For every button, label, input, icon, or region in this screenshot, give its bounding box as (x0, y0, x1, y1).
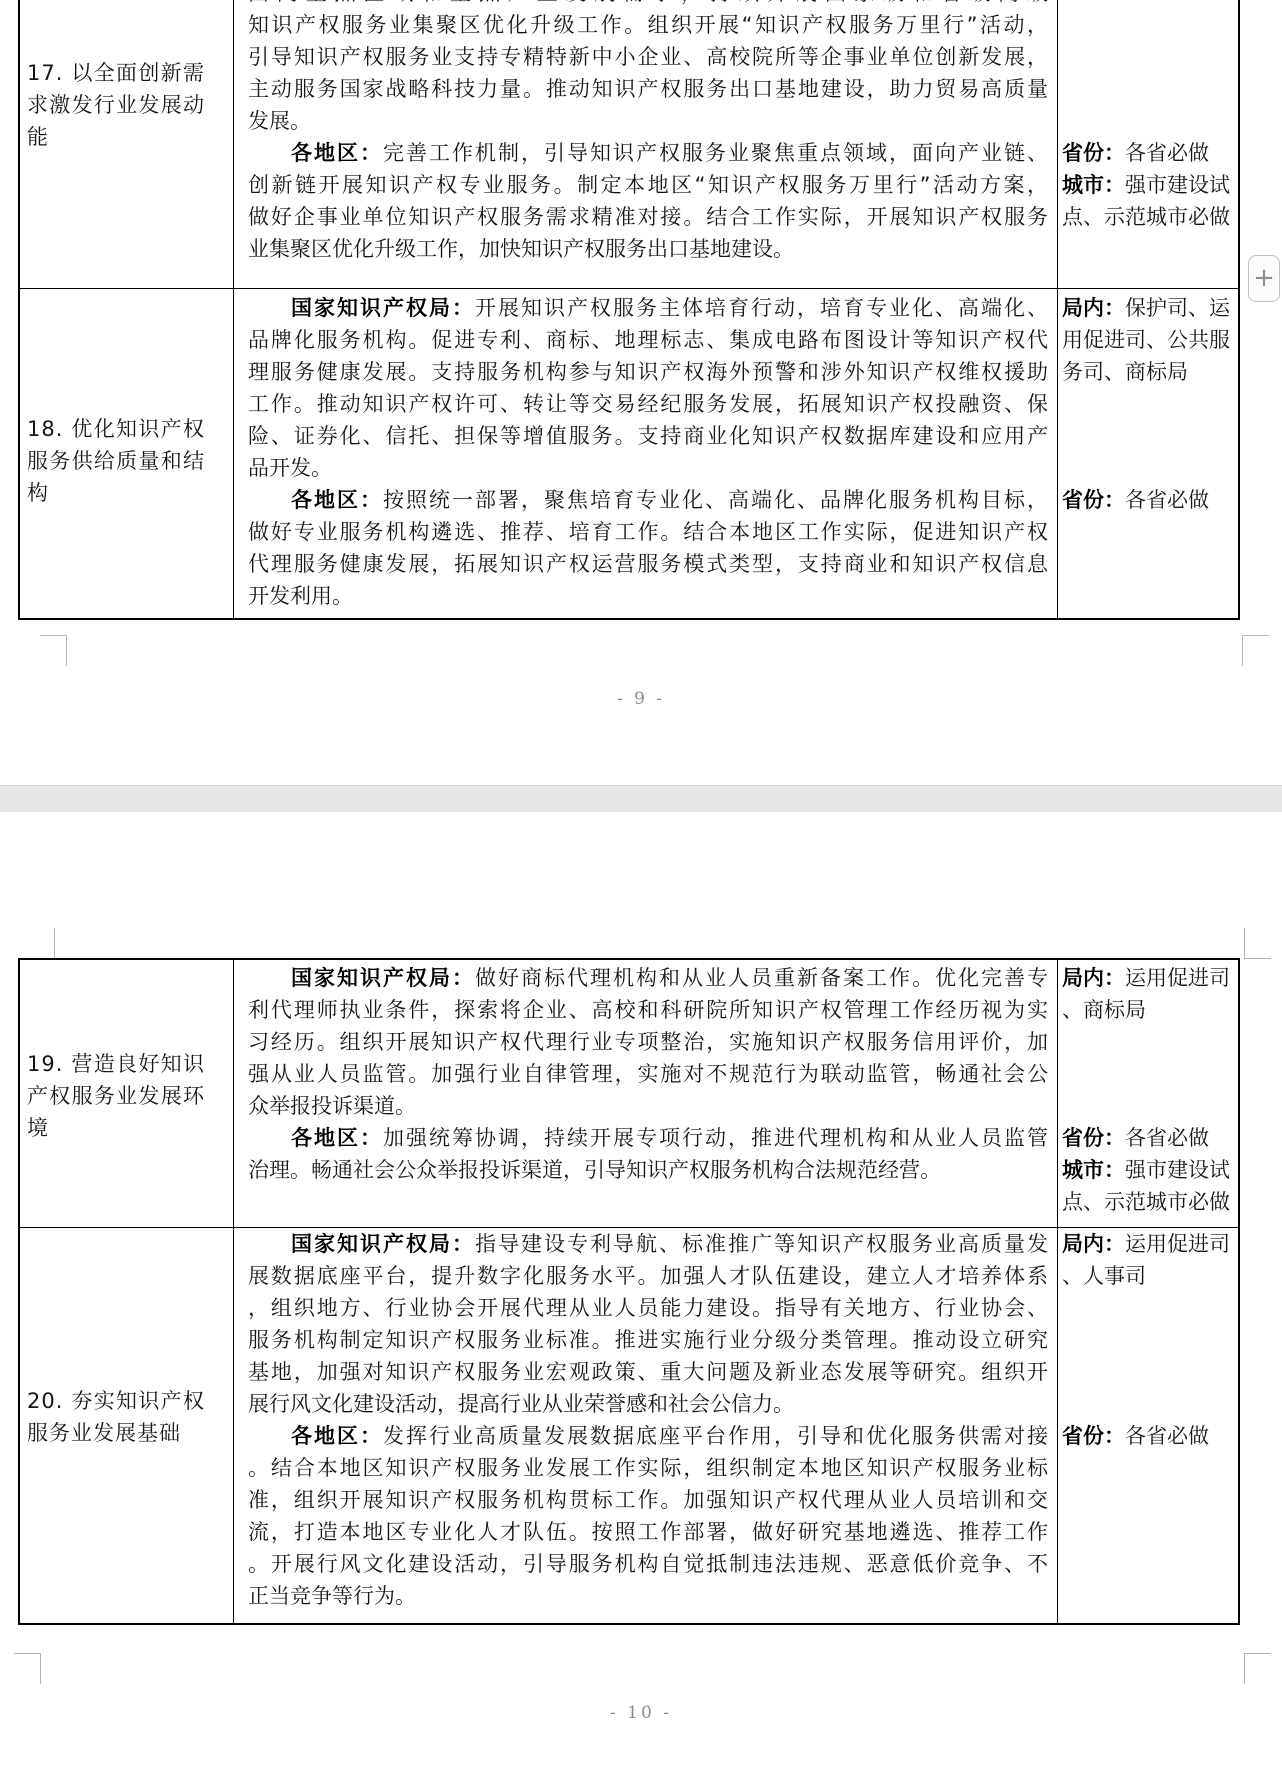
row20-content: 国家知识产权局：指导建设专利导航、标准推广等知识产权服务业高质量发展数据底座平台… (248, 1228, 1048, 1612)
row18-assign-bureau: 局内：保护司、运用促进司、公共服务司、商标局 (1062, 292, 1238, 388)
text-boundary-mark-bottom-right (1244, 1653, 1271, 1684)
text-boundary-mark-bottom-right (1242, 635, 1269, 666)
table-divider-task-content (233, 958, 234, 1625)
table-divider-task-content (233, 0, 234, 620)
page-number-9: - 9 - (0, 688, 1282, 710)
row18-content: 国家知识产权局：开展知识产权服务主体培育行动，培育专业化、高端化、品牌化服务机构… (248, 292, 1048, 612)
table-border-right (1238, 0, 1240, 620)
row18-assign-province: 省份：各省必做 (1062, 484, 1238, 516)
table-divider-content-assign (1057, 958, 1058, 1625)
table-border-bottom (18, 618, 1240, 620)
document-viewer: { "ui": { "zoom_button": "+" }, "pages":… (0, 0, 1282, 1771)
row19-task-label: 19. 营造良好知识产权服务业发展环境 (27, 1048, 205, 1144)
page-10: 19. 营造良好知识产权服务业发展环境 国家知识产权局：做好商标代理机构和从业人… (0, 812, 1282, 1771)
row19-assign-bureau: 局内：运用促进司、商标局 (1062, 962, 1238, 1026)
floating-plus-button[interactable]: + (1248, 255, 1280, 302)
text-boundary-mark-bottom-left (14, 1653, 41, 1684)
page-number-10: - 10 - (0, 1702, 1282, 1724)
text-boundary-mark-top-left (28, 928, 55, 959)
page-9: 17. 以全面创新需求激发行业发展动能 面向重点区域和重点产业发展需求，持续开展… (0, 0, 1282, 785)
row17-task-label: 17. 以全面创新需求激发行业发展动能 (27, 57, 205, 153)
table-divider-content-assign (1057, 0, 1058, 620)
table-border-bottom (18, 1623, 1240, 1625)
row19-content: 国家知识产权局：做好商标代理机构和从业人员重新备案工作。优化完善专利代理师执业条… (248, 962, 1048, 1186)
text-boundary-mark-top-right (1244, 928, 1271, 959)
row20-task-label: 20. 夯实知识产权服务业发展基础 (27, 1385, 205, 1449)
table-border-left (18, 958, 20, 1625)
row17-content: 面向重点区域和重点产业发展需求，持续开展国家级和省级两级知识产权服务业集聚区优化… (248, 0, 1048, 265)
row18-task-label: 18. 优化知识产权服务供给质量和结构 (27, 413, 205, 509)
text-boundary-mark-bottom-left (40, 635, 67, 666)
row-divider-17-18 (18, 288, 1240, 289)
table-border-right (1238, 958, 1240, 1625)
table-border-left (18, 0, 20, 620)
page-gap (0, 785, 1282, 814)
row20-assign-province: 省份：各省必做 (1062, 1420, 1238, 1452)
row17-assign-province: 省份：各省必做城市：强市建设试点、示范城市必做 (1062, 137, 1238, 233)
row19-assign-province: 省份：各省必做城市：强市建设试点、示范城市必做 (1062, 1122, 1238, 1218)
row20-assign-bureau: 局内：运用促进司、人事司 (1062, 1228, 1238, 1292)
